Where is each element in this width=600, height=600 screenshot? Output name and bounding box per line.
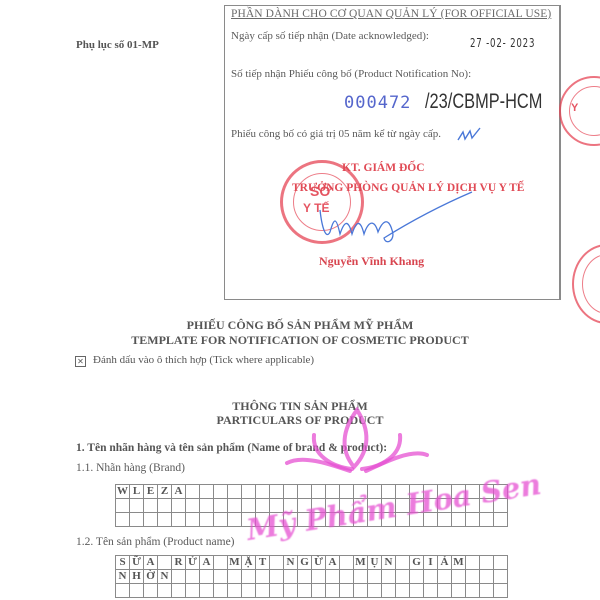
product-grid-cell: I <box>424 556 438 570</box>
product-grid-cell: Ụ <box>368 556 382 570</box>
brand-grid-cell <box>242 513 256 527</box>
product-grid-cell <box>396 570 410 584</box>
product-grid-cell: A <box>144 556 158 570</box>
brand-grid-cell <box>494 485 508 499</box>
product-grid-cell: N <box>158 570 172 584</box>
brand-grid-cell <box>438 499 452 513</box>
brand-grid-cell <box>298 485 312 499</box>
brand-grid-cell <box>172 499 186 513</box>
product-grid-cell <box>144 584 158 598</box>
product-grid-cell <box>158 556 172 570</box>
product-grid-cell <box>228 570 242 584</box>
product-grid-cell: S <box>116 556 130 570</box>
signer-name: Nguyễn Vĩnh Khang <box>319 254 424 269</box>
product-grid-cell: N <box>382 556 396 570</box>
brand-grid-cell <box>410 513 424 527</box>
notification-number-value: 000472 <box>344 93 411 113</box>
product-grid-cell: Ặ <box>242 556 256 570</box>
brand-grid-cell <box>242 499 256 513</box>
brand-grid-cell <box>144 513 158 527</box>
product-grid-cell <box>480 584 494 598</box>
product-grid-cell <box>284 584 298 598</box>
product-grid-cell: A <box>200 556 214 570</box>
product-name-label: 1.2. Tên sản phẩm (Product name) <box>76 536 235 548</box>
product-grid-cell <box>312 570 326 584</box>
brand-grid-cell <box>438 513 452 527</box>
brand-grid-cell <box>368 513 382 527</box>
brand-grid-cell <box>214 513 228 527</box>
brand-grid-cell <box>270 485 284 499</box>
brand-grid-cell <box>396 485 410 499</box>
product-grid-cell: H <box>130 570 144 584</box>
brand-grid-cell <box>130 513 144 527</box>
brand-grid-cell <box>396 499 410 513</box>
product-grid-cell <box>396 556 410 570</box>
brand-grid-cell <box>382 485 396 499</box>
product-grid-cell <box>326 570 340 584</box>
brand-grid-cell <box>480 499 494 513</box>
product-grid-row: NHỜN <box>116 570 508 584</box>
product-grid-cell <box>214 584 228 598</box>
product-grid-cell <box>326 584 340 598</box>
brand-grid-cell <box>326 485 340 499</box>
brand-grid-cell <box>214 485 228 499</box>
product-grid-cell: Ừ <box>312 556 326 570</box>
product-grid-cell <box>424 570 438 584</box>
product-grid-cell <box>256 570 270 584</box>
product-grid-cell: T <box>256 556 270 570</box>
brand-grid-cell <box>382 513 396 527</box>
product-grid-row <box>116 584 508 598</box>
product-grid-cell <box>340 584 354 598</box>
brand-grid-cell <box>200 499 214 513</box>
product-grid-cell <box>298 570 312 584</box>
product-grid-cell <box>494 584 508 598</box>
product-grid-cell <box>214 556 228 570</box>
notification-number-label: Số tiếp nhận Phiếu công bố (Product Noti… <box>231 68 471 80</box>
brand-grid-cell <box>354 513 368 527</box>
product-grid-cell <box>410 584 424 598</box>
product-grid-cell <box>214 570 228 584</box>
initial-mark-icon <box>456 126 482 146</box>
product-grid-cell <box>270 556 284 570</box>
brand-grid-cell <box>228 485 242 499</box>
brand-grid-cell <box>452 513 466 527</box>
partial-stamp-top: Y <box>559 76 600 146</box>
product-grid-cell <box>438 570 452 584</box>
brand-grid-cell <box>158 499 172 513</box>
product-grid-row: SỮARỬAMẶTNGỪAMỤNGIẢM <box>116 556 508 570</box>
product-grid-cell <box>368 570 382 584</box>
product-grid-cell <box>340 570 354 584</box>
brand-grid-cell <box>382 499 396 513</box>
brand-grid-cell <box>186 499 200 513</box>
product-grid-cell <box>354 570 368 584</box>
brand-grid-cell <box>452 499 466 513</box>
brand-grid-cell: W <box>116 485 130 499</box>
product-grid-cell <box>466 584 480 598</box>
product-grid-cell <box>396 584 410 598</box>
brand-grid-cell <box>424 499 438 513</box>
form-title-en: TEMPLATE FOR NOTIFICATION OF COSMETIC PR… <box>0 333 600 348</box>
product-grid-cell <box>270 570 284 584</box>
brand-grid-cell <box>396 513 410 527</box>
product-grid-cell <box>242 570 256 584</box>
brand-label: 1.1. Nhãn hàng (Brand) <box>76 462 185 474</box>
product-grid-cell <box>410 570 424 584</box>
brand-grid-cell <box>242 485 256 499</box>
product-grid-cell <box>466 570 480 584</box>
brand-grid-cell <box>326 499 340 513</box>
product-grid-cell <box>172 570 186 584</box>
brand-grid-cell: L <box>130 485 144 499</box>
official-use-title: PHẦN DÀNH CHO CƠ QUAN QUẢN LÝ (FOR OFFIC… <box>231 8 551 20</box>
product-grid-cell <box>424 584 438 598</box>
product-grid-cell <box>200 584 214 598</box>
brand-grid-cell <box>466 513 480 527</box>
section-1-heading: 1. Tên nhãn hàng và tên sản phẩm (Name o… <box>76 442 387 454</box>
brand-grid-cell <box>256 513 270 527</box>
product-grid-cell: N <box>116 570 130 584</box>
signature-icon <box>300 188 480 248</box>
brand-grid-cell <box>410 485 424 499</box>
product-grid-cell: M <box>452 556 466 570</box>
brand-grid-cell <box>340 499 354 513</box>
product-grid-cell <box>438 584 452 598</box>
product-grid-cell <box>494 556 508 570</box>
brand-grid-cell <box>466 499 480 513</box>
brand-grid-cell <box>270 499 284 513</box>
product-grid-cell <box>256 584 270 598</box>
brand-grid-cell <box>158 513 172 527</box>
brand-grid-cell <box>480 513 494 527</box>
product-grid-cell <box>200 570 214 584</box>
section-title-vi: THÔNG TIN SẢN PHẨM <box>0 399 600 414</box>
brand-grid-cell <box>368 485 382 499</box>
brand-grid-cell <box>438 485 452 499</box>
brand-grid-cell <box>270 513 284 527</box>
brand-grid-cell <box>284 485 298 499</box>
product-grid-cell <box>354 584 368 598</box>
product-grid-cell: Ờ <box>144 570 158 584</box>
product-grid-cell <box>480 570 494 584</box>
product-grid-cell <box>158 584 172 598</box>
brand-grid-cell <box>424 513 438 527</box>
date-acknowledged-value: 27 -02- 2023 <box>470 36 535 50</box>
product-grid-cell <box>382 584 396 598</box>
brand-grid-cell <box>200 485 214 499</box>
brand-grid-cell <box>284 513 298 527</box>
partial-stamp-bottom <box>572 244 600 324</box>
brand-grid-cell <box>298 499 312 513</box>
tick-note: ✕Đánh dấu vào ô thích hợp (Tick where ap… <box>75 354 314 367</box>
brand-grid-cell <box>340 513 354 527</box>
validity-text: Phiếu công bố có giá trị 05 năm kể từ ng… <box>231 128 441 140</box>
product-grid-cell: G <box>410 556 424 570</box>
brand-grid-row: WLEZA <box>116 485 508 499</box>
brand-grid-cell <box>298 513 312 527</box>
product-grid-cell <box>172 584 186 598</box>
brand-grid-cell <box>256 499 270 513</box>
brand-grid-cell: A <box>172 485 186 499</box>
brand-grid-cell <box>354 485 368 499</box>
product-grid-cell: M <box>228 556 242 570</box>
product-grid-cell: A <box>326 556 340 570</box>
brand-grid-cell <box>368 499 382 513</box>
product-grid-cell <box>116 584 130 598</box>
product-grid-cell <box>186 570 200 584</box>
brand-grid-cell <box>410 499 424 513</box>
date-acknowledged-label: Ngày cấp số tiếp nhận (Date acknowledged… <box>231 30 429 42</box>
brand-grid-cell <box>480 485 494 499</box>
brand-grid-cell <box>214 499 228 513</box>
product-grid-cell <box>466 556 480 570</box>
product-grid-cell: Ữ <box>130 556 144 570</box>
product-grid-cell <box>242 584 256 598</box>
brand-grid-cell <box>200 513 214 527</box>
brand-grid-cell <box>354 499 368 513</box>
brand-grid-cell: E <box>144 485 158 499</box>
brand-grid-row <box>116 499 508 513</box>
brand-grid-cell <box>116 499 130 513</box>
brand-grid-cell <box>326 513 340 527</box>
brand-grid-cell <box>186 513 200 527</box>
product-grid-cell <box>452 570 466 584</box>
brand-grid-cell <box>494 499 508 513</box>
product-grid-cell: M <box>354 556 368 570</box>
brand-grid-cell <box>172 513 186 527</box>
product-grid-cell: R <box>172 556 186 570</box>
product-grid-cell <box>298 584 312 598</box>
annex-label: Phụ lục số 01-MP <box>76 39 159 51</box>
product-grid-cell <box>228 584 242 598</box>
product-grid-cell: Ử <box>186 556 200 570</box>
product-grid-cell <box>452 584 466 598</box>
brand-grid-cell <box>424 485 438 499</box>
brand-grid-row <box>116 513 508 527</box>
form-title-vi: PHIẾU CÔNG BỐ SẢN PHẨM MỸ PHẨM <box>0 318 600 333</box>
brand-grid-cell <box>284 499 298 513</box>
product-grid-cell <box>284 570 298 584</box>
product-grid-cell <box>130 584 144 598</box>
brand-grid-cell <box>130 499 144 513</box>
product-grid-cell <box>270 584 284 598</box>
brand-grid-cell <box>312 513 326 527</box>
brand-grid: WLEZA <box>115 484 508 527</box>
product-grid-cell <box>186 584 200 598</box>
brand-grid-cell <box>452 485 466 499</box>
brand-grid-cell <box>116 513 130 527</box>
section-title-en: PARTICULARS OF PRODUCT <box>0 413 600 428</box>
product-grid-cell: G <box>298 556 312 570</box>
product-grid-cell <box>494 570 508 584</box>
brand-grid-cell <box>340 485 354 499</box>
product-grid-cell: N <box>284 556 298 570</box>
product-grid-cell: Ả <box>438 556 452 570</box>
brand-grid-cell <box>312 485 326 499</box>
checkbox-crossed-icon: ✕ <box>75 356 86 367</box>
product-grid-cell <box>368 584 382 598</box>
brand-grid-cell <box>186 485 200 499</box>
sign-title-1: KT. GIÁM ĐỐC <box>342 162 425 174</box>
brand-grid-cell <box>256 485 270 499</box>
notification-number-suffix: /23/CBMP-HCM <box>425 90 542 114</box>
product-name-grid: SỮARỬAMẶTNGỪAMỤNGIẢMNHỜN <box>115 555 508 598</box>
brand-grid-cell <box>228 499 242 513</box>
brand-grid-cell <box>494 513 508 527</box>
brand-grid-cell <box>466 485 480 499</box>
brand-grid-cell <box>144 499 158 513</box>
product-grid-cell <box>382 570 396 584</box>
product-grid-cell <box>312 584 326 598</box>
product-grid-cell <box>340 556 354 570</box>
brand-grid-cell: Z <box>158 485 172 499</box>
brand-grid-cell <box>312 499 326 513</box>
product-grid-cell <box>480 556 494 570</box>
brand-grid-cell <box>228 513 242 527</box>
